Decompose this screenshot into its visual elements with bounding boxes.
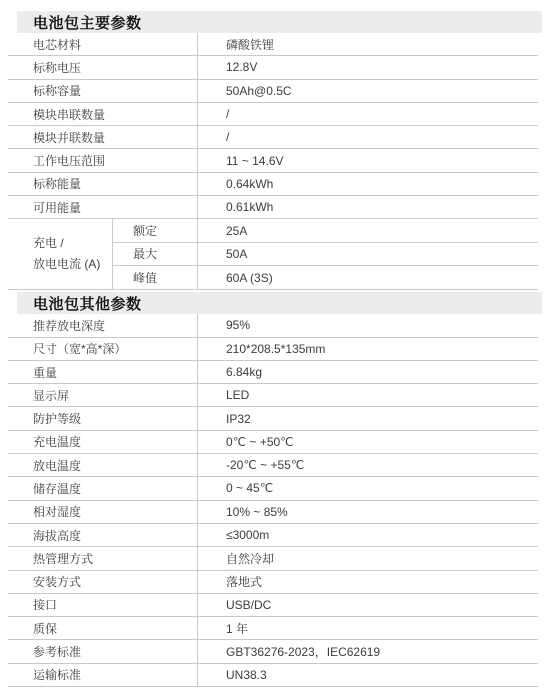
- other-params-rows: 推荐放电深度 95% 尺寸（宽*高*深） 210*208.5*135mm 重量 …: [8, 314, 538, 687]
- param-value: LED: [198, 384, 538, 406]
- param-value: 12.8V: [198, 56, 538, 78]
- table-row: 工作电压范围 11 ~ 14.6V: [8, 149, 538, 172]
- table-row: 推荐放电深度 95%: [8, 314, 538, 337]
- section-title: 电池包主要参数: [33, 12, 142, 33]
- main-params-rows: 电芯材料 磷酸铁锂 标称电压 12.8V 标称容量 50Ah@0.5C 模块串联…: [8, 33, 538, 219]
- param-label: 热管理方式: [8, 547, 198, 569]
- param-value: 1 年: [198, 617, 538, 639]
- param-label: 相对湿度: [8, 501, 198, 523]
- table-row: 参考标准 GBT36276-2023，IEC62619: [8, 640, 538, 663]
- param-value: 0℃ ~ +50℃: [198, 431, 538, 453]
- table-row: 充电温度 0℃ ~ +50℃: [8, 431, 538, 454]
- param-value: 10% ~ 85%: [198, 501, 538, 523]
- table-row: 热管理方式 自然冷却: [8, 547, 538, 570]
- table-row-group-current: 充电 / 放电电流 (A) 额定 25A 最大 50A 峰值 60A (3S): [8, 219, 538, 290]
- param-value: 210*208.5*135mm: [198, 338, 538, 360]
- param-value: UN38.3: [198, 664, 538, 686]
- param-label: 重量: [8, 361, 198, 383]
- param-value: USB/DC: [198, 594, 538, 616]
- param-value: ≤3000m: [198, 524, 538, 546]
- table-row: 储存温度 0 ~ 45℃: [8, 477, 538, 500]
- table-row: 模块并联数量 /: [8, 126, 538, 149]
- param-label-line2: 放电电流 (A): [33, 254, 112, 275]
- param-label: 标称能量: [8, 173, 198, 195]
- table-row: 海拔高度 ≤3000m: [8, 524, 538, 547]
- param-label: 质保: [8, 617, 198, 639]
- param-value: 6.84kg: [198, 361, 538, 383]
- param-label: 参考标准: [8, 640, 198, 662]
- param-value: -20℃ ~ +55℃: [198, 454, 538, 476]
- param-label: 放电温度: [8, 454, 198, 476]
- param-label: 接口: [8, 594, 198, 616]
- param-value: 落地式: [198, 571, 538, 593]
- table-row: 标称容量 50Ah@0.5C: [8, 80, 538, 103]
- table-subrow: 最大 50A: [113, 243, 538, 266]
- table-row: 尺寸（宽*高*深） 210*208.5*135mm: [8, 338, 538, 361]
- table-row: 接口 USB/DC: [8, 594, 538, 617]
- table-row: 标称电压 12.8V: [8, 56, 538, 79]
- param-label: 储存温度: [8, 477, 198, 499]
- param-value: 0.64kWh: [198, 173, 538, 195]
- section-header-other-params: 电池包其他参数: [17, 292, 542, 314]
- param-value: 自然冷却: [198, 547, 538, 569]
- param-label: 模块串联数量: [8, 103, 198, 125]
- current-subrows: 额定 25A 最大 50A 峰值 60A (3S): [113, 219, 538, 289]
- subparam-value: 60A (3S): [198, 266, 538, 289]
- section-header-main-params: 电池包主要参数: [17, 11, 542, 33]
- table-row: 防护等级 IP32: [8, 407, 538, 430]
- subparam-value: 50A: [198, 243, 538, 265]
- table-subrow: 额定 25A: [113, 219, 538, 242]
- subparam-label: 额定: [113, 219, 198, 241]
- param-label: 标称电压: [8, 56, 198, 78]
- param-label: 充电温度: [8, 431, 198, 453]
- battery-spec-sheet: 电池包主要参数 电芯材料 磷酸铁锂 标称电压 12.8V 标称容量 50Ah@0…: [0, 0, 550, 692]
- param-value: 50Ah@0.5C: [198, 80, 538, 102]
- table-row: 显示屏 LED: [8, 384, 538, 407]
- param-label: 防护等级: [8, 407, 198, 429]
- subparam-value: 25A: [198, 219, 538, 241]
- param-label: 模块并联数量: [8, 126, 198, 148]
- param-label: 可用能量: [8, 196, 198, 218]
- param-label: 工作电压范围: [8, 149, 198, 171]
- param-label: 电芯材料: [8, 33, 198, 55]
- param-value: /: [198, 126, 538, 148]
- subparam-label: 最大: [113, 243, 198, 265]
- table-row: 重量 6.84kg: [8, 361, 538, 384]
- param-label: 海拔高度: [8, 524, 198, 546]
- section-title: 电池包其他参数: [33, 293, 142, 314]
- param-value: IP32: [198, 407, 538, 429]
- table-subrow: 峰值 60A (3S): [113, 266, 538, 289]
- table-row: 安装方式 落地式: [8, 571, 538, 594]
- param-label-charge-discharge-current: 充电 / 放电电流 (A): [8, 219, 113, 289]
- param-label-line1: 充电 /: [33, 233, 112, 254]
- param-label: 运输标准: [8, 664, 198, 686]
- param-value: /: [198, 103, 538, 125]
- param-value: 0 ~ 45℃: [198, 477, 538, 499]
- table-row: 标称能量 0.64kWh: [8, 173, 538, 196]
- table-row: 质保 1 年: [8, 617, 538, 640]
- param-label: 安装方式: [8, 571, 198, 593]
- param-label: 尺寸（宽*高*深）: [8, 338, 198, 360]
- param-value: GBT36276-2023，IEC62619: [198, 640, 538, 662]
- table-row: 电芯材料 磷酸铁锂: [8, 33, 538, 56]
- subparam-label: 峰值: [113, 266, 198, 289]
- param-label: 标称容量: [8, 80, 198, 102]
- param-value: 0.61kWh: [198, 196, 538, 218]
- table-row: 相对湿度 10% ~ 85%: [8, 501, 538, 524]
- table-row: 运输标准 UN38.3: [8, 664, 538, 687]
- table-row: 放电温度 -20℃ ~ +55℃: [8, 454, 538, 477]
- param-value: 磷酸铁锂: [198, 33, 538, 55]
- param-value: 11 ~ 14.6V: [198, 149, 538, 171]
- table-row: 模块串联数量 /: [8, 103, 538, 126]
- param-value: 95%: [198, 314, 538, 336]
- param-label: 推荐放电深度: [8, 314, 198, 336]
- table-row: 可用能量 0.61kWh: [8, 196, 538, 219]
- param-label: 显示屏: [8, 384, 198, 406]
